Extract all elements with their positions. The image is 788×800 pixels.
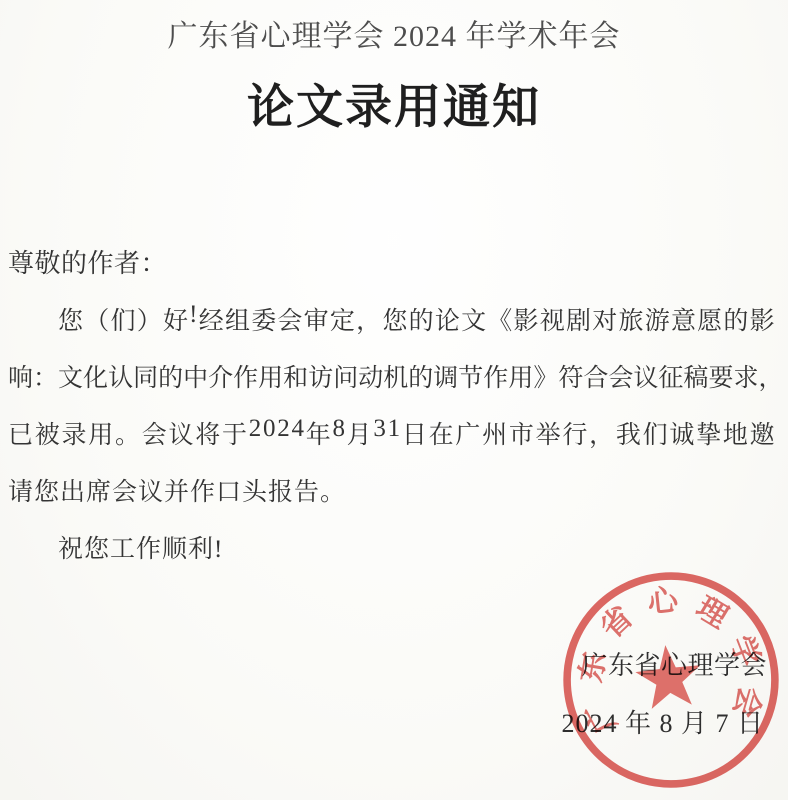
salutation: 尊敬的作者： <box>8 243 167 280</box>
scanned-letter-page: { "document": { "conference_title": "广东省… <box>0 0 788 800</box>
notice-title: 论文录用通知 <box>0 70 788 137</box>
seal-arc-char: 学 <box>723 631 766 672</box>
seal-graphic: 广 东 省 心 理 学 会 <box>544 553 788 800</box>
body-line-2: 响：文化认同的中介作用和访问动机的调节作用》符合会议征稿要求， <box>8 358 775 394</box>
seal-arc-char: 理 <box>690 591 734 635</box>
seal-arc-char: 心 <box>646 583 681 620</box>
official-seal-stamp: 广 东 省 心 理 学 会 <box>544 553 788 800</box>
body-line-4: 请您出席会议并作口头报告。 <box>8 472 346 508</box>
body-line-3: 已被录用。会议将于2024年8月31日在广州市举行，我们诚挚地邀 <box>8 415 775 451</box>
seal-arc-char: 广 <box>579 696 623 739</box>
star-icon <box>633 642 704 711</box>
seal-arc-char: 东 <box>574 649 613 685</box>
seal-arc-char: 会 <box>727 683 768 721</box>
conference-title: 广东省心理学会 2024 年学术年会 <box>0 11 788 55</box>
body-line-1: 您（们）好!经组委会审定，您的论文《影视剧对旅游意愿的影 <box>58 301 775 337</box>
closing-wish: 祝您工作顺利! <box>58 529 223 565</box>
